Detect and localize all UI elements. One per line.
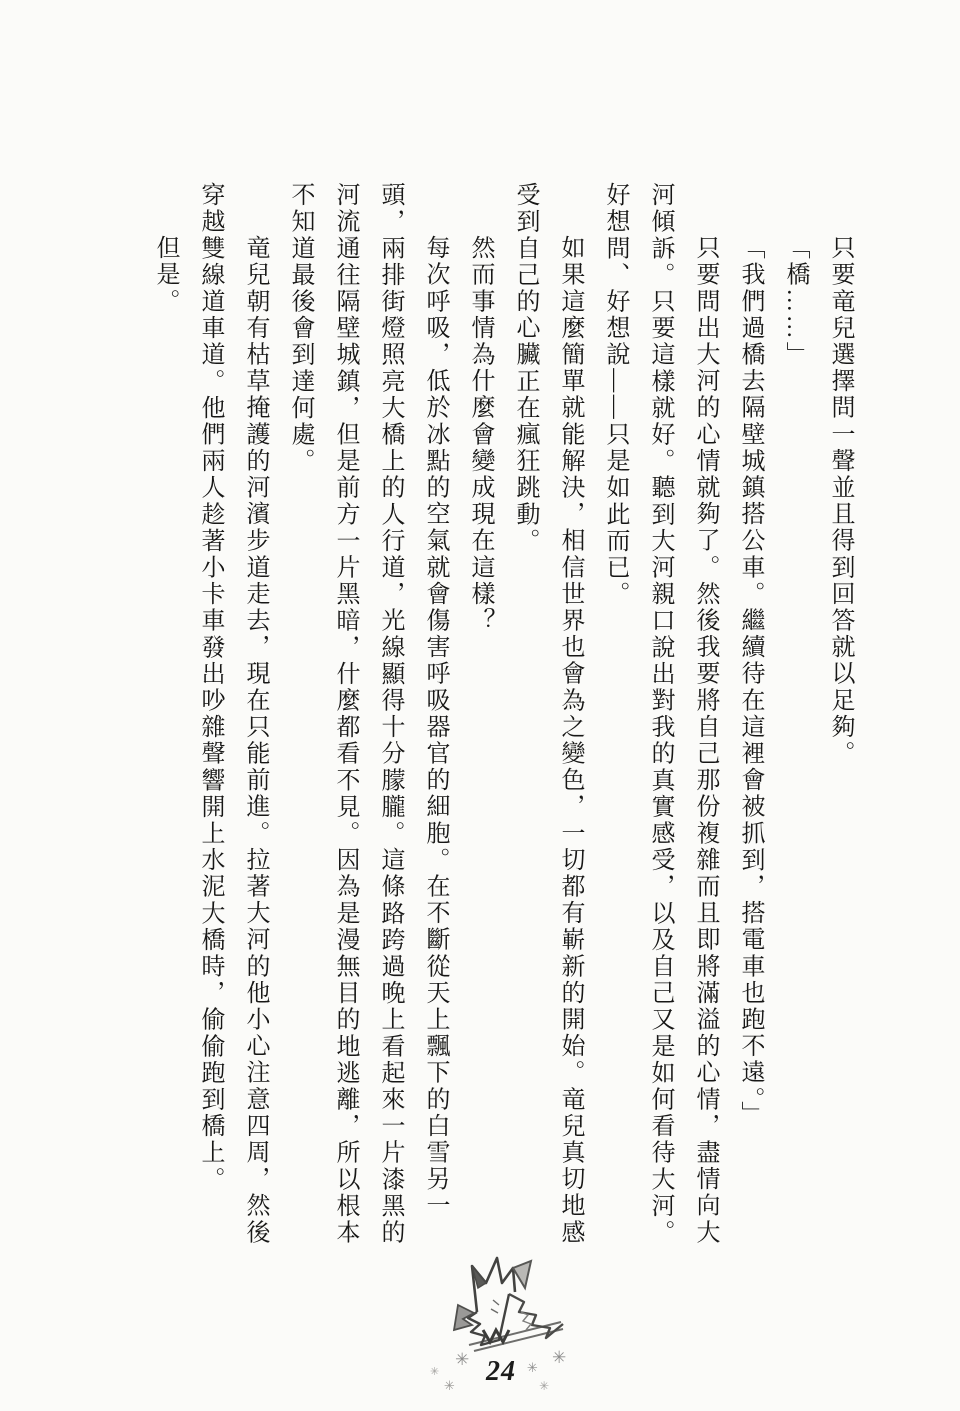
page-number: 24 [486,1356,516,1388]
text-column: 受到自己的心臟正在瘋狂跳動。 [502,182,547,1250]
text-column: 不知道最後會到達何處。 [277,182,322,1250]
text-column: 頭，兩排街燈照亮大橋上的人行道，光線顯得十分朦朧。這條路跨過晚上看起來一片漆黑的 [367,182,412,1250]
text-column: 好想問、好想說——只是如此而已。 [592,182,637,1250]
text-column: 每次呼吸，低於冰點的空氣就會傷害呼吸器官的細胞。在不斷從天上飄下的白雪另一 [412,182,457,1250]
star-icon: ✳ [455,1352,469,1369]
star-icon: ✳ [527,1362,538,1375]
text-column: 「我們過橋去隔壁城鎮搭公車。繼續待在這裡會被抓到，搭電車也跑不遠。」 [727,182,772,1250]
text-column: 穿越雙線道車道。他們兩人趁著小卡車發出吵雜聲響開上水泥大橋時，偷偷跑到橋上。 [187,182,232,1250]
text-column: 但是。 [142,182,187,1250]
text-column: 河傾訴。只要這樣就好。聽到大河親口說出對我的真實感受，以及自己又是如何看待大河。 [637,182,682,1250]
vertical-text-block: 只要竜兒選擇問一聲並且得到回答就以足夠。 「橋……」 「我們過橋去隔壁城鎮搭公車… [142,182,862,1250]
star-icon: ✳ [539,1380,549,1392]
spiky-tiger-doodle-icon [447,1252,597,1356]
star-icon: ✳ [552,1350,566,1367]
star-icon: ✳ [430,1366,439,1377]
text-column: 河流通往隔壁城鎮，但是前方一片黑暗，什麼都看不見。因為是漫無目的地逃離，所以根本 [322,182,367,1250]
text-column: 如果這麼簡單就能解決，相信世界也會為之變色，一切都有嶄新的開始。竜兒真切地感 [547,182,592,1250]
text-column: 竜兒朝有枯草掩護的河濱步道走去，現在只能前進。拉著大河的他小心注意四周，然後 [232,182,277,1250]
text-column: 只要竜兒選擇問一聲並且得到回答就以足夠。 [817,182,862,1250]
book-page: 只要竜兒選擇問一聲並且得到回答就以足夠。 「橋……」 「我們過橋去隔壁城鎮搭公車… [0,0,960,1411]
star-icon: ✳ [444,1380,455,1393]
text-column: 只要問出大河的心情就夠了。然後我要將自己那份複雜而且即將滿溢的心情，盡情向大 [682,182,727,1250]
text-column: 然而事情為什麼會變成現在這樣？ [457,182,502,1250]
text-column: 「橋……」 [772,182,817,1250]
